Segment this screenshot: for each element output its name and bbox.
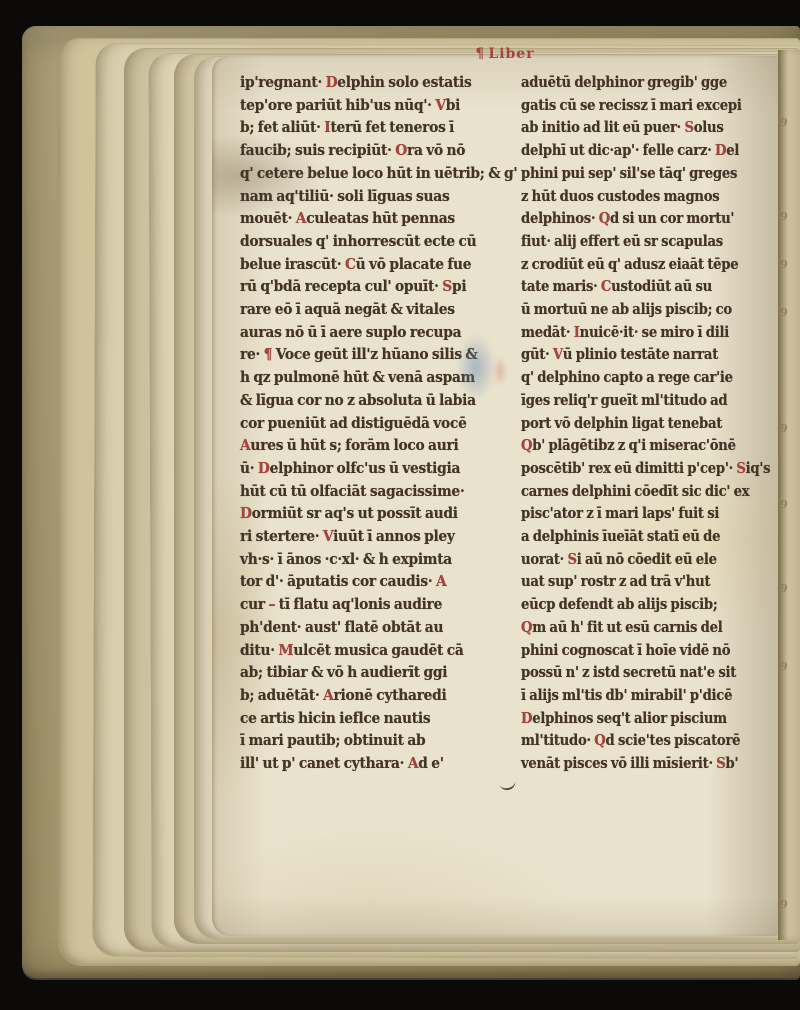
text-line: īges reliq'r gueīt ml'titudo ad (521, 389, 776, 412)
text-line: cor pueniūt ad distiguēdā vocē (240, 412, 516, 435)
rubric-letter: D (326, 73, 338, 91)
rubric-letter: ¶ (264, 345, 273, 363)
text-line: belue irascūt· Cū vō placate fue (240, 253, 516, 276)
rubric-letter: A (296, 209, 306, 227)
rubric-letter: Q (594, 731, 605, 749)
text-line: q' cetere belue loco hūt in uētrib; & g' (240, 162, 516, 185)
rubric-letter: V (323, 527, 333, 545)
text-line: faucib; suis recipiūt· Ora vō nō (240, 139, 516, 162)
text-line: tor d'· āputatis cor caudis· A (240, 570, 516, 593)
fore-edge-marks: 999999999 (776, 0, 800, 1010)
text-line: rū q'bdā recepta cul' opuīt· Spi (240, 275, 516, 298)
text-line: Dormiūt sr aq's ut possīt audi (240, 502, 516, 525)
fore-edge-curl-mark: 9 (779, 258, 788, 272)
rubric-letter: S (684, 118, 693, 136)
rubric-letter: A (240, 436, 250, 454)
text-line: dorsuales q' inhorrescūt ecte cū (240, 230, 516, 253)
rubric-letter: Q (521, 436, 532, 454)
running-title: ¶Liber (430, 46, 580, 62)
text-line: uat sup' rostr z ad trā v'hut (521, 570, 776, 593)
text-line: delphinos· Qd si un cor mortu' (521, 207, 776, 230)
text-line: ip'regnant· Delphin solo estatis (240, 71, 516, 94)
text-line: ab initio ad lit eū puer· Solus (521, 116, 776, 139)
rubric-letter: V (553, 345, 563, 363)
text-line: venāt pisces vō illi mīsierit· Sb' (521, 752, 776, 775)
rubric-letter: D (521, 709, 532, 727)
paraph-mark: ¶ (475, 46, 485, 62)
rubric-letter: M (278, 641, 293, 659)
text-line: ill' ut p' canet cythara· Ad e' (240, 752, 516, 775)
showthrough-red-mark (494, 356, 506, 386)
text-line: ph'dent· aust' flatē obtāt au (240, 616, 516, 639)
rubric-letter: O (395, 141, 407, 159)
text-line: gūt· Vū plinio testāte narrat (521, 343, 776, 366)
text-line: z hūt duos custodes magnos (521, 185, 776, 208)
rubric-letter: V (435, 96, 445, 114)
text-line: pisc'ator z ī mari laps' fuit si (521, 502, 776, 525)
showthrough-initial (457, 334, 495, 400)
text-line: port vō delphin ligat tenebat (521, 412, 776, 435)
fore-edge-curl-mark: 9 (779, 582, 788, 596)
text-line: q' delphino capto a rege car'ie (521, 366, 776, 389)
text-line: carnes delphini cōedīt sic dic' ex (521, 480, 776, 503)
rubric-letter: S (567, 550, 576, 568)
text-line: b; fet aliūt· Iterū fet teneros ī (240, 116, 516, 139)
running-title-text: Liber (488, 46, 534, 62)
text-line: mouēt· Aculeatas hūt pennas (240, 207, 516, 230)
fore-edge-curl-mark: 9 (779, 660, 788, 674)
rubric-letter: S (736, 459, 745, 477)
text-line: phini cognoscat ī hoīe vidē nō (521, 639, 776, 662)
text-line: tate maris· Custodiūt aū su (521, 275, 776, 298)
text-line: Qm aū h' fit ut esū carnis del (521, 616, 776, 639)
text-line: Qb' plāgētibz z q'i miserac'ōnē (521, 434, 776, 457)
rubric-letter: A (436, 572, 446, 590)
text-line: ī alijs ml'tis db' mirabil' p'dicē (521, 684, 776, 707)
text-line: ī mari pautib; obtinuit ab (240, 729, 516, 752)
text-line: rare eō ī aquā negāt & vitales (240, 298, 516, 321)
text-line: tep'ore pariūt hib'us nūq'· Vbi (240, 94, 516, 117)
fore-edge-curl-mark: 9 (779, 306, 788, 320)
fore-edge-curl-mark: 9 (779, 498, 788, 512)
text-line: eūcp defendt ab alijs piscib; (521, 593, 776, 616)
photograph-background: ¶Liber ip'regnant· Delphin solo estatist… (0, 0, 800, 1010)
text-line: gatis cū se recissz ī mari excepi (521, 94, 776, 117)
text-line: vh·s· ī ānos ·c·xl· & h expimta (240, 548, 516, 571)
fore-edge-curl-mark: 9 (779, 422, 788, 436)
rubric-letter: Q (599, 209, 610, 227)
text-line: ml'titudo· Qd scie'tes piscatorē (521, 729, 776, 752)
rubric-letter: A (408, 754, 418, 772)
text-line: possū n' z istd secretū nat'e sit (521, 661, 776, 684)
rubric-letter: C (345, 255, 356, 273)
rubric-letter: D (258, 459, 270, 477)
text-line: ū· Delphinor olfc'us ū vestigia (240, 457, 516, 480)
text-line: ce artis hicin ieflce nautis (240, 707, 516, 730)
text-line: Delphinos seq't alior piscium (521, 707, 776, 730)
text-line: cur – tī flatu aq'lonis audire (240, 593, 516, 616)
text-line: medāt· Inuicē·it· se miro ī dili (521, 321, 776, 344)
text-column-left: ip'regnant· Delphin solo estatistep'ore … (240, 71, 516, 775)
rubric-letter: C (601, 277, 611, 295)
text-line: z crodiūt eū q' adusz eiaāt tēpe (521, 253, 776, 276)
text-line: ū mortuū ne ab alijs piscib; co (521, 298, 776, 321)
text-line: nam aq'tiliū· soli līguas suas (240, 185, 516, 208)
text-line: b; aduētāt· Arionē cytharedi (240, 684, 516, 707)
text-line: phini pui sep' sil'se tāq' greges (521, 162, 776, 185)
text-line: hūt cū tū olfaciāt sagacissime· (240, 480, 516, 503)
text-line: uorat· Si aū nō cōedit eū ele (521, 548, 776, 571)
rubric-letter: D (240, 504, 252, 522)
text-line: fiut· alij effert eū sr scapulas (521, 230, 776, 253)
text-line: ri stertere· Viuūt ī annos pley (240, 525, 516, 548)
text-line: aduētū delphinor gregib' gge (521, 71, 776, 94)
text-line: Aures ū hūt s; forām loco auri (240, 434, 516, 457)
text-column-right: aduētū delphinor gregib' ggegatis cū se … (521, 71, 776, 775)
rubric-letter: Q (521, 618, 532, 636)
fore-edge-curl-mark: 9 (779, 898, 788, 912)
rubric-letter: S (442, 277, 452, 295)
rubric-letter: D (715, 141, 726, 159)
rubric-letter: S (716, 754, 725, 772)
text-line: ab; tibiar & vō h audierīt ggi (240, 661, 516, 684)
text-line: ditu· Mulcēt musica gaudēt cā (240, 639, 516, 662)
text-line: a delphinis īueīāt statī eū de (521, 525, 776, 548)
text-line: delphī ut dic·ap'· felle carz· Del (521, 139, 776, 162)
fore-edge-curl-mark: 9 (779, 116, 788, 130)
rubric-letter: A (323, 686, 333, 704)
text-line: poscētib' rex eū dimitti p'cep'· Siq's (521, 457, 776, 480)
fore-edge-curl-mark: 9 (779, 210, 788, 224)
